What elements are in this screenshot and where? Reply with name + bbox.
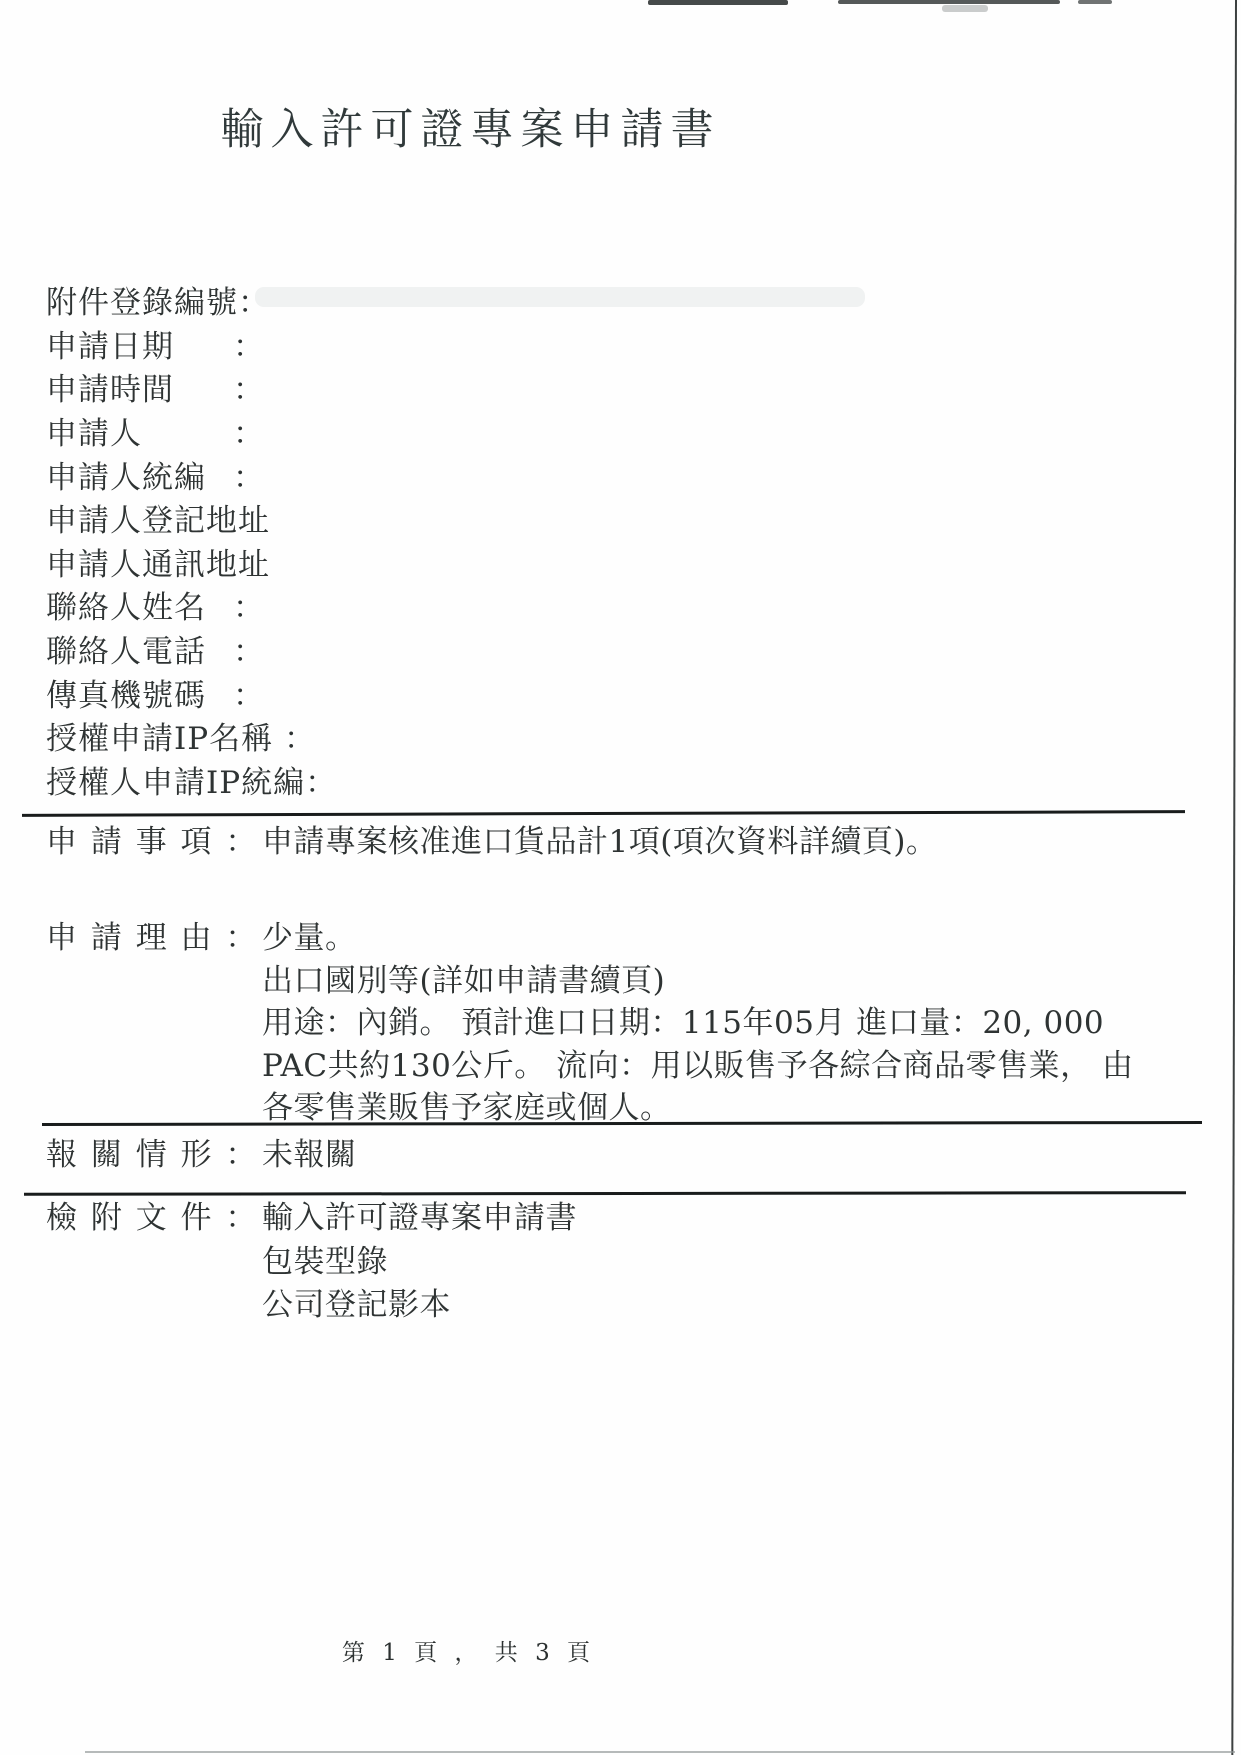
field-colon: ： [233, 408, 265, 453]
section-content: 未報關 [262, 1134, 1106, 1177]
field-row-fax-number: 傳真機號碼： [46, 670, 337, 714]
field-label: 聯絡人姓名 [46, 582, 233, 627]
field-label: 申請人登記地址 [46, 495, 270, 540]
scan-smudge [255, 287, 865, 307]
field-label: 申請人統編 [46, 452, 233, 497]
field-row-applicant: 申請人： [46, 409, 337, 453]
field-colon: ： [233, 670, 265, 715]
field-label: 申請人 [46, 408, 233, 453]
section-content-line: 各零售業販售予家庭或個人。 [262, 1087, 1106, 1130]
field-label: 申請時間 [46, 364, 233, 409]
field-row-application-time: 申請時間： [46, 365, 337, 409]
field-colon: ： [233, 582, 265, 627]
scan-artifact-top [648, 0, 788, 5]
scanned-document-page: 輸入許可證專案申請書 附件登錄編號： 申請日期： 申請時間： 申請人： 申請人統… [0, 0, 1241, 1755]
scan-artifact-top [1078, 0, 1112, 4]
section-divider [22, 810, 1185, 816]
field-row-applicant-id: 申請人統編： [46, 452, 337, 496]
section-apply-reason: 申 請 理 由 ： 少量。 出口國別等(詳如申請書續頁) 用途：內銷。 預計進口… [46, 917, 1106, 1130]
field-colon: ： [233, 626, 265, 671]
field-row-authorized-ip-name: 授權申請IP名稱 ： [46, 714, 337, 758]
field-colon: ： [284, 713, 316, 758]
section-customs-status: 報 關 情 形 ： 未報關 [46, 1134, 1106, 1177]
field-label: 申請人通訊地址 [46, 539, 270, 584]
attached-document-item: 公司登記影本 [262, 1284, 1106, 1328]
section-label: 申 請 事 項 ： [46, 821, 258, 864]
scan-artifact-top [942, 5, 988, 12]
field-row-mailing-address: 申請人通訊地址 [46, 540, 337, 584]
field-row-registered-address: 申請人登記地址 [46, 496, 337, 540]
field-label: 授權申請IP名稱 [46, 713, 284, 758]
field-label: 授權人申請IP統編 [46, 757, 305, 802]
section-label: 申 請 理 由 ： [46, 917, 258, 960]
scan-artifact-right-edge [1231, 0, 1237, 1755]
field-label: 傳真機號碼 [46, 670, 233, 715]
field-label: 申請日期 [46, 321, 233, 366]
field-row-authorizer-ip-id: 授權人申請IP統編： [46, 758, 337, 802]
section-label: 報 關 情 形 ： [46, 1134, 258, 1177]
page-number-footer: 第 1 頁 ， 共 3 頁 [0, 1634, 1089, 1667]
field-row-attachment-registration-number: 附件登錄編號： [46, 278, 337, 322]
section-divider [24, 1191, 1186, 1196]
field-row-contact-phone: 聯絡人電話： [46, 627, 337, 671]
section-content-line: PAC共約130公斤。 流向：用以販售予各綜合商品零售業， 由 [262, 1045, 1106, 1088]
section-label: 檢 附 文 件 ： [46, 1197, 258, 1240]
section-attached-documents: 檢 附 文 件 ： 輸入許可證專案申請書 包裝型錄 公司登記影本 [46, 1197, 1106, 1328]
section-content: 申請專案核准進口貨品計1項(項次資料詳續頁)。 [262, 821, 1106, 864]
field-colon: ： [233, 321, 265, 366]
field-colon: ： [233, 364, 265, 409]
field-label: 附件登錄編號 [46, 277, 238, 322]
attached-document-item: 輸入許可證專案申請書 [262, 1197, 1106, 1241]
header-fields: 附件登錄編號： 申請日期： 申請時間： 申請人： 申請人統編： 申請人登記地址 … [46, 278, 337, 801]
field-row-contact-name: 聯絡人姓名： [46, 583, 337, 627]
field-colon: ： [305, 757, 337, 802]
field-row-application-date: 申請日期： [46, 322, 337, 366]
section-content-line: 少量。 [262, 917, 1106, 960]
section-apply-matter: 申 請 事 項 ： 申請專案核准進口貨品計1項(項次資料詳續頁)。 [46, 821, 1106, 864]
section-content-line: 用途：內銷。 預計進口日期：115年05月 進口量：20, 000 [262, 1002, 1106, 1045]
scan-artifact-top [838, 0, 1060, 4]
scan-artifact-bottom-edge [85, 1751, 1235, 1753]
field-label: 聯絡人電話 [46, 626, 233, 671]
field-colon: ： [233, 452, 265, 497]
section-content-line: 出口國別等(詳如申請書續頁) [262, 960, 1106, 1003]
attached-document-item: 包裝型錄 [262, 1241, 1106, 1285]
field-colon: ： [238, 277, 270, 322]
document-title: 輸入許可證專案申請書 [0, 96, 1091, 157]
